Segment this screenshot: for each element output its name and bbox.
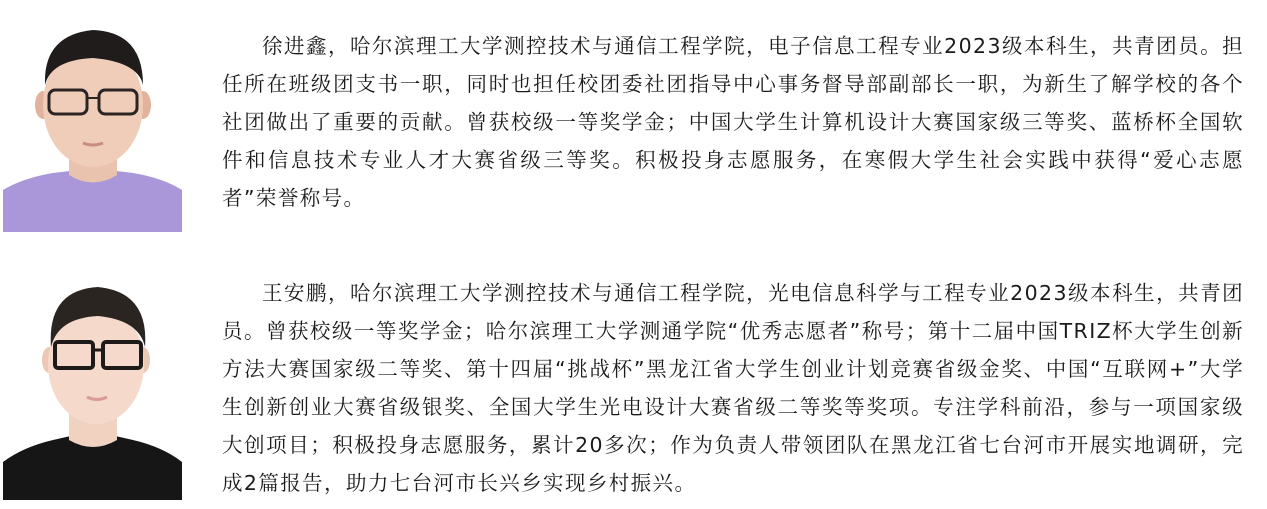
portrait-photo <box>3 10 182 232</box>
person-portrait-icon <box>3 272 182 500</box>
person-portrait-icon <box>3 10 182 232</box>
bio-text: 徐进鑫，哈尔滨理工大学测控技术与通信工程学院，电子信息工程专业2023级本科生，… <box>222 27 1244 217</box>
portrait-photo <box>3 272 182 500</box>
bio-text: 王安鹏，哈尔滨理工大学测控技术与通信工程学院，光电信息科学与工程专业2023级本… <box>222 274 1244 502</box>
